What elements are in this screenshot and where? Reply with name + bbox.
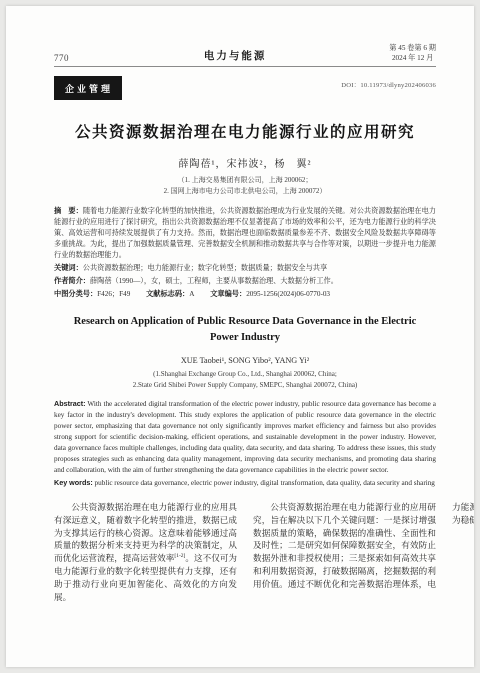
journal-header: 770 电力与能源 第 45 卷第 6 期 2024 年 12 月 <box>54 44 436 67</box>
article-id: 文章编号：2095-1256(2024)06-0770-03 <box>210 290 330 298</box>
authors-zh: 薛陶蓓¹，宋祎波²，杨 翼² <box>54 155 436 170</box>
issue-info: 第 45 卷第 6 期 2024 年 12 月 <box>389 44 436 63</box>
keywords-en-label: Key words: <box>54 478 93 487</box>
meta-zh: 摘 要：随着电力能源行业数字化转型的加快推进，公共资源数据治理成为行业发展的关键… <box>54 205 436 300</box>
citation-marker: [1-2] <box>174 553 185 559</box>
author-bio-label: 作者简介： <box>54 276 90 285</box>
authors-en: XUE Taobei¹, SONG Yibo², YANG Yi² <box>54 356 436 365</box>
issue-volume: 第 45 卷第 6 期 <box>389 44 436 52</box>
author-bio-text: 薛陶蓓（1990—），女，硕士，工程师，主要从事数据治理、大数据分析工作。 <box>90 277 338 285</box>
author-bio: 作者简介：薛陶蓓（1990—），女，硕士，工程师，主要从事数据治理、大数据分析工… <box>54 275 436 287</box>
doc-code: 文献标志码：A <box>146 290 194 298</box>
affiliation-zh-2: 2. 国网上海市电力公司市北供电公司，上海 200072） <box>164 187 327 195</box>
section-badge: 企业管理 <box>54 76 122 100</box>
paper-page: 770 电力与能源 第 45 卷第 6 期 2024 年 12 月 企业管理 D… <box>6 6 474 667</box>
clc-number: 中图分类号：F426；F49 <box>54 290 130 298</box>
abstract-zh-label: 摘 要： <box>54 206 83 215</box>
keywords-zh-text: 公共资源数据治理；电力能源行业；数字化转型；数据质量；数据安全与共享 <box>83 264 327 272</box>
body-paragraph-1: 公共资源数据治理在电力能源行业的应用具有深远意义，随着数字化转型的推进，数据已成… <box>54 501 237 603</box>
journal-title: 电力与能源 <box>204 48 267 63</box>
doc-code-label: 文献标志码： <box>146 289 189 298</box>
doi-text: DOI：10.11973/dlyny202406036 <box>341 79 436 89</box>
keywords-en-text: public resource data governance, electri… <box>95 479 435 487</box>
doc-code-value: A <box>189 290 194 298</box>
meta-en: Abstract: With the accelerated digital t… <box>54 398 436 489</box>
page-number: 770 <box>54 53 69 63</box>
affiliation-en-2: 2.State Grid Shibei Power Supply Company… <box>133 381 358 389</box>
abstract-en-label: Abstract: <box>54 399 86 408</box>
affiliations-en: (1.Shanghai Exchange Group Co., Ltd., Sh… <box>54 369 436 390</box>
abstract-zh-text: 随着电力能源行业数字化转型的加快推进，公共资源数据治理成为行业发展的关键。对公共… <box>54 207 436 259</box>
keywords-zh: 关键词：公共资源数据治理；电力能源行业；数字化转型；数据质量；数据安全与共享 <box>54 262 436 274</box>
abstract-zh: 摘 要：随着电力能源行业数字化转型的加快推进，公共资源数据治理成为行业发展的关键… <box>54 205 436 261</box>
affiliation-en-1: (1.Shanghai Exchange Group Co., Ltd., Sh… <box>153 370 337 378</box>
abstract-en-text: With the accelerated digital transformat… <box>54 400 436 474</box>
clc-label: 中图分类号： <box>54 289 97 298</box>
clc-line: 中图分类号：F426；F49 文献标志码：A 文章编号：2095-1256(20… <box>54 288 436 300</box>
clc-value: F426；F49 <box>97 290 130 298</box>
keywords-zh-label: 关键词： <box>54 263 83 272</box>
keywords-en: Key words: public resource data governan… <box>54 477 436 489</box>
article-id-label: 文章编号： <box>210 289 246 298</box>
affiliation-zh-1: （1. 上海交易集团有限公司，上海 200062； <box>178 176 313 184</box>
article-title-zh: 公共资源数据治理在电力能源行业的应用研究 <box>54 120 436 142</box>
article-id-value: 2095-1256(2024)06-0770-03 <box>246 290 330 298</box>
affiliations-zh: （1. 上海交易集团有限公司，上海 200062； 2. 国网上海市电力公司市北… <box>54 175 436 196</box>
article-title-en: Research on Application of Public Resour… <box>59 314 431 346</box>
body-paragraph-2: 公共资源数据治理在电力能源行业的应用研究，旨在解决以下几个关键问题：一是探讨增强… <box>253 501 474 605</box>
abstract-en: Abstract: With the accelerated digital t… <box>54 398 436 476</box>
issue-date: 2024 年 12 月 <box>392 54 433 62</box>
body-columns: 公共资源数据治理在电力能源行业的应用具有深远意义，随着数字化转型的推进，数据已成… <box>54 501 436 605</box>
badge-row: 企业管理 DOI：10.11973/dlyny202406036 <box>54 76 436 100</box>
